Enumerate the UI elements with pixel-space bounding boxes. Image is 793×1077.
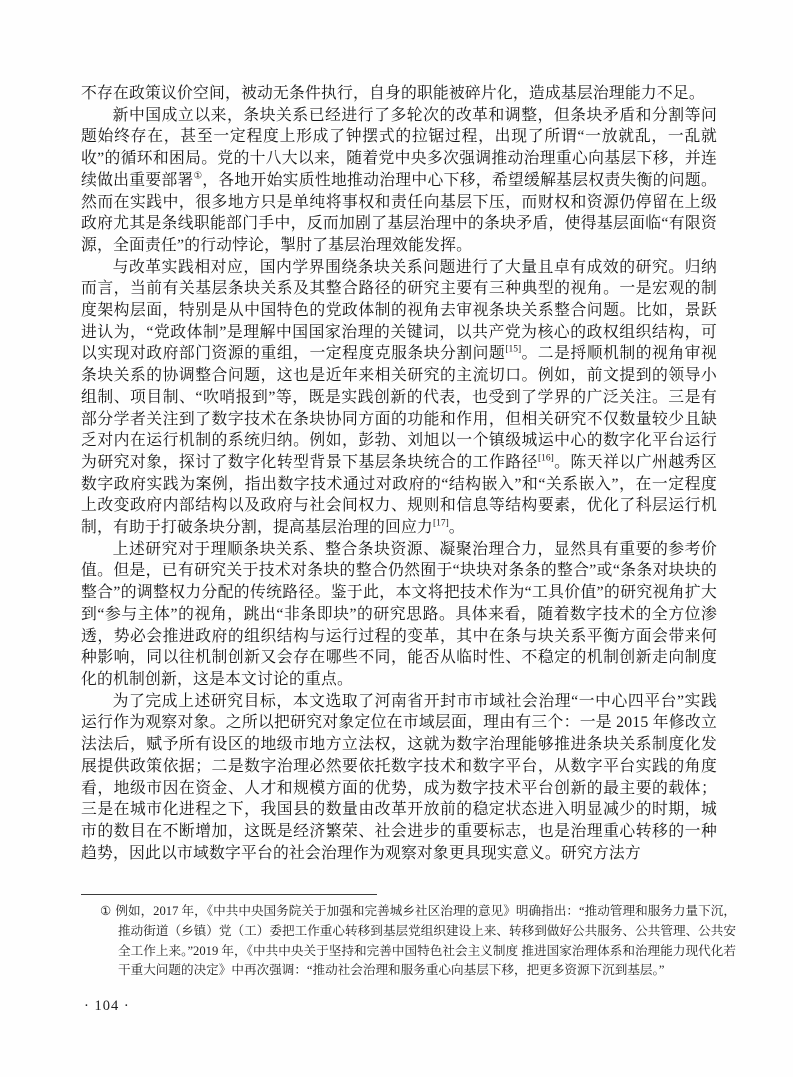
footnote: ①例如，2017 年，《中共中央国务院关于加强和完善城乡社区治理的意见》明确指出… [100,902,736,981]
superscript-reference: [15] [505,345,521,355]
superscript-reference: ① [194,172,203,182]
paragraph: 为了完成上述研究目标，本文选取了河南省开封市市域社会治理“一中心四平台”实践运行… [81,691,717,865]
paragraph-text: 上述研究对于理顺条块关系、整合条块资源、凝聚治理合力，显然具有重要的参考价值。但… [81,541,717,688]
superscript-reference: [16] [538,454,554,464]
paper-page: 不存在政策议价空间，被动无条件执行，自身的职能被碎片化，造成基层治理能力不足。新… [0,0,793,1077]
paragraph: 上述研究对于理顺条块关系、整合条块资源、凝聚治理合力，显然具有重要的参考价值。但… [81,539,717,691]
paragraph: 不存在政策议价空间，被动无条件执行，自身的职能被碎片化，造成基层治理能力不足。 [81,83,717,105]
paragraph-text: 不存在政策议价空间，被动无条件执行，自身的职能被碎片化，造成基层治理能力不足。 [81,85,705,102]
footnote-separator [81,894,377,895]
paragraph: 新中国成立以来，条块关系已经进行了多轮次的改革和调整，但条块矛盾和分割等问题始终… [81,105,717,257]
paragraph-text: 为了完成上述研究目标，本文选取了河南省开封市市域社会治理“一中心四平台”实践运行… [81,693,717,862]
footnote-text: 例如，2017 年，《中共中央国务院关于加强和完善城乡社区治理的意见》明确指出：… [115,904,736,977]
paragraph-text: 。 [449,519,465,536]
paragraph: 与改革实践相对应，国内学界围绕条块关系问题进行了大量且卓有成效的研究。归纳而言，… [81,257,717,539]
paragraph-text: 。二是捋顺机制的视角审视条块关系的协调整合问题，这也是近年来相关研究的主流切口。… [81,345,717,471]
body-paragraphs: 不存在政策议价空间，被动无条件执行，自身的职能被碎片化，造成基层治理能力不足。新… [81,83,717,864]
superscript-reference: [17] [433,519,449,529]
page-number: · 104 · [84,998,130,1015]
footnote-marker: ① [100,904,111,918]
